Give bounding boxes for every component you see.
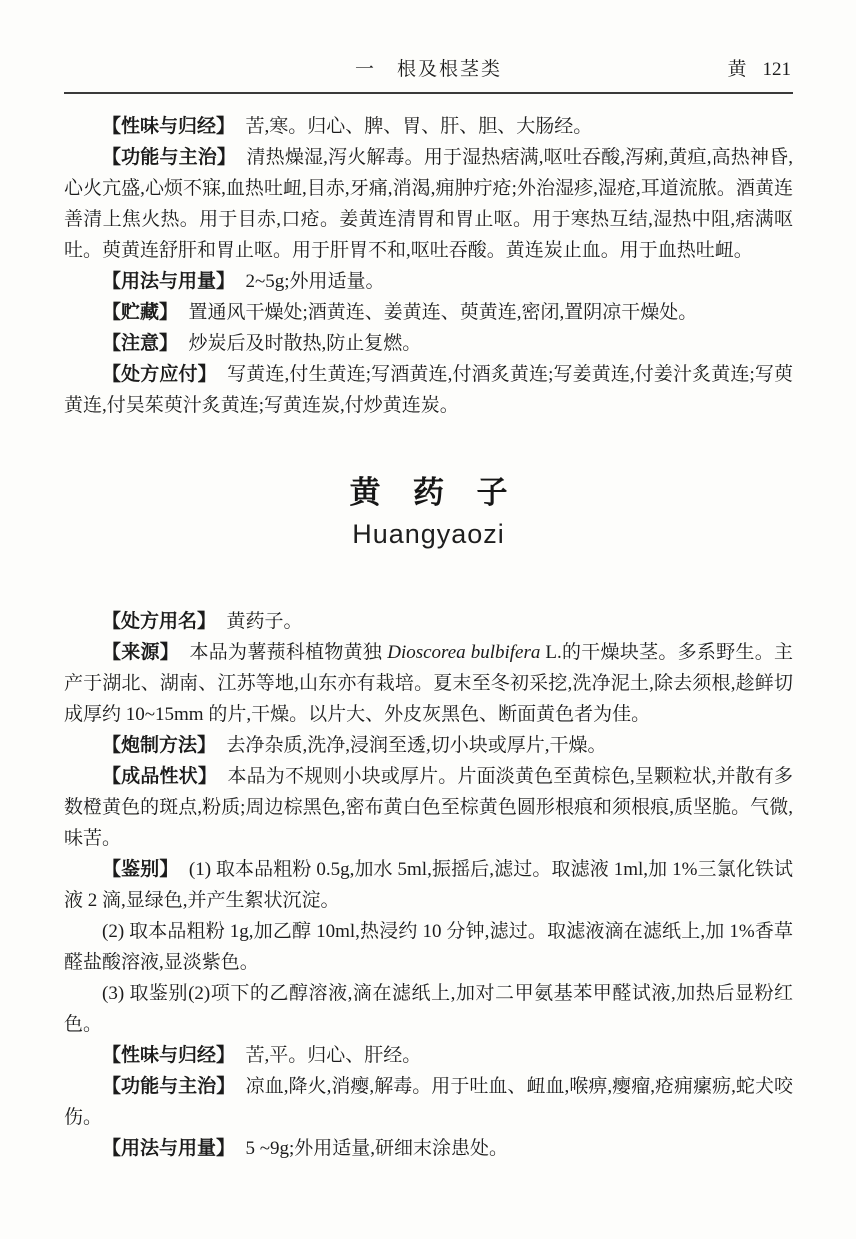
paragraph-caution: 【注意】炒炭后及时散热,防止复燃。 [64,328,793,359]
paragraph-text: 苦,平。归心、肝经。 [245,1045,421,1066]
paragraph-text: 炒炭后及时散热,防止复燃。 [188,333,421,354]
paragraph-storage: 【贮藏】置通风干燥处;酒黄连、姜黄连、萸黄连,密闭,置阴凉干燥处。 [64,297,793,328]
header-rule [64,92,793,94]
paragraph-text: 去净杂质,洗净,浸润至透,切小块或厚片,干燥。 [226,735,606,756]
paragraph-identification-2: (2) 取本品粗粉 1g,加乙醇 10ml,热浸约 10 分钟,滤过。取滤液滴在… [64,916,793,978]
paragraph-dosage: 【用法与用量】5 ~9g;外用适量,研细末涂患处。 [64,1133,793,1164]
section-label: 【注意】 [102,333,178,354]
section-label: 【处方用名】 [102,611,216,632]
section-label: 【来源】 [102,642,179,663]
section-label: 【炮制方法】 [102,735,216,756]
section-label: 【用法与用量】 [102,271,235,292]
guide-word: 黄 [727,59,746,80]
paragraph-functions: 【功能与主治】凉血,降火,消瘿,解毒。用于吐血、衄血,喉痹,瘿瘤,疮痈瘰疬,蛇犬… [64,1071,793,1133]
paragraph-identification-1: 【鉴别】(1) 取本品粗粉 0.5g,加水 5ml,振摇后,滤过。取滤液 1ml… [64,854,793,916]
section-label: 【功能与主治】 [102,147,236,168]
section-label: 【性味与归经】 [102,1045,235,1066]
paragraph-text: (2) 取本品粗粉 1g,加乙醇 10ml,热浸约 10 分钟,滤过。取滤液滴在… [64,921,793,973]
book-page: 一 根及根茎类 黄121 【性味与归经】苦,寒。归心、脾、胃、肝、胆、大肠经。 … [0,0,856,1239]
paragraph-property-taste: 【性味与归经】苦,平。归心、肝经。 [64,1040,793,1071]
page-folio: 黄121 [727,56,791,84]
paragraph-property-taste: 【性味与归经】苦,寒。归心、脾、胃、肝、胆、大肠经。 [64,111,793,142]
paragraph-functions: 【功能与主治】清热燥湿,泻火解毒。用于湿热痞满,呕吐吞酸,泻痢,黄疸,高热神昏,… [64,142,793,266]
chapter-heading: 一 根及根茎类 [64,56,793,84]
paragraph-text: 本品为薯蓣科植物黄独 [190,642,388,663]
paragraph-text: 苦,寒。归心、脾、胃、肝、胆、大肠经。 [245,116,592,137]
paragraph-source: 【来源】本品为薯蓣科植物黄独 Dioscorea bulbifera L.的干燥… [64,637,793,730]
paragraph-prescription-name: 【处方用名】黄药子。 [64,606,793,637]
paragraph-text: (3) 取鉴别(2)项下的乙醇溶液,滴在滤纸上,加对二甲氨基苯甲醛试液,加热后显… [64,983,793,1035]
latin-binomial: Dioscorea bulbifera [387,642,540,663]
section-label: 【性味与归经】 [102,116,235,137]
paragraph-identification-3: (3) 取鉴别(2)项下的乙醇溶液,滴在滤纸上,加对二甲氨基苯甲醛试液,加热后显… [64,978,793,1040]
section-label: 【功能与主治】 [102,1076,235,1097]
page-number: 121 [763,59,792,80]
paragraph-processing: 【炮制方法】去净杂质,洗净,浸润至透,切小块或厚片,干燥。 [64,730,793,761]
page-header: 一 根及根茎类 黄121 [64,56,793,84]
section-label: 【成品性状】 [102,766,217,787]
monograph-huangyaozi-body: 【处方用名】黄药子。 【来源】本品为薯蓣科植物黄独 Dioscorea bulb… [64,606,793,1164]
paragraph-prescription: 【处方应付】写黄连,付生黄连;写酒黄连,付酒炙黄连;写姜黄连,付姜汁炙黄连;写萸… [64,359,793,421]
monograph-title-block: 黄药子 Huangyaozi [64,467,793,550]
paragraph-text: 2~5g;外用适量。 [245,271,384,292]
paragraph-text: 黄药子。 [226,611,302,632]
monograph-huanglian-continuation: 【性味与归经】苦,寒。归心、脾、胃、肝、胆、大肠经。 【功能与主治】清热燥湿,泻… [64,111,793,421]
paragraph-text: 置通风干燥处;酒黄连、姜黄连、萸黄连,密闭,置阴凉干燥处。 [188,302,697,323]
section-label: 【贮藏】 [102,302,178,323]
monograph-pinyin: Huangyaozi [64,519,793,550]
paragraph-characteristics: 【成品性状】本品为不规则小块或厚片。片面淡黄色至黄棕色,呈颗粒状,并散有多数橙黄… [64,761,793,854]
monograph-title: 黄药子 [64,467,793,512]
section-label: 【用法与用量】 [102,1138,235,1159]
section-label: 【处方应付】 [102,364,217,385]
section-label: 【鉴别】 [102,859,178,880]
paragraph-dosage: 【用法与用量】2~5g;外用适量。 [64,266,793,297]
paragraph-text: 5 ~9g;外用适量,研细末涂患处。 [245,1138,508,1159]
